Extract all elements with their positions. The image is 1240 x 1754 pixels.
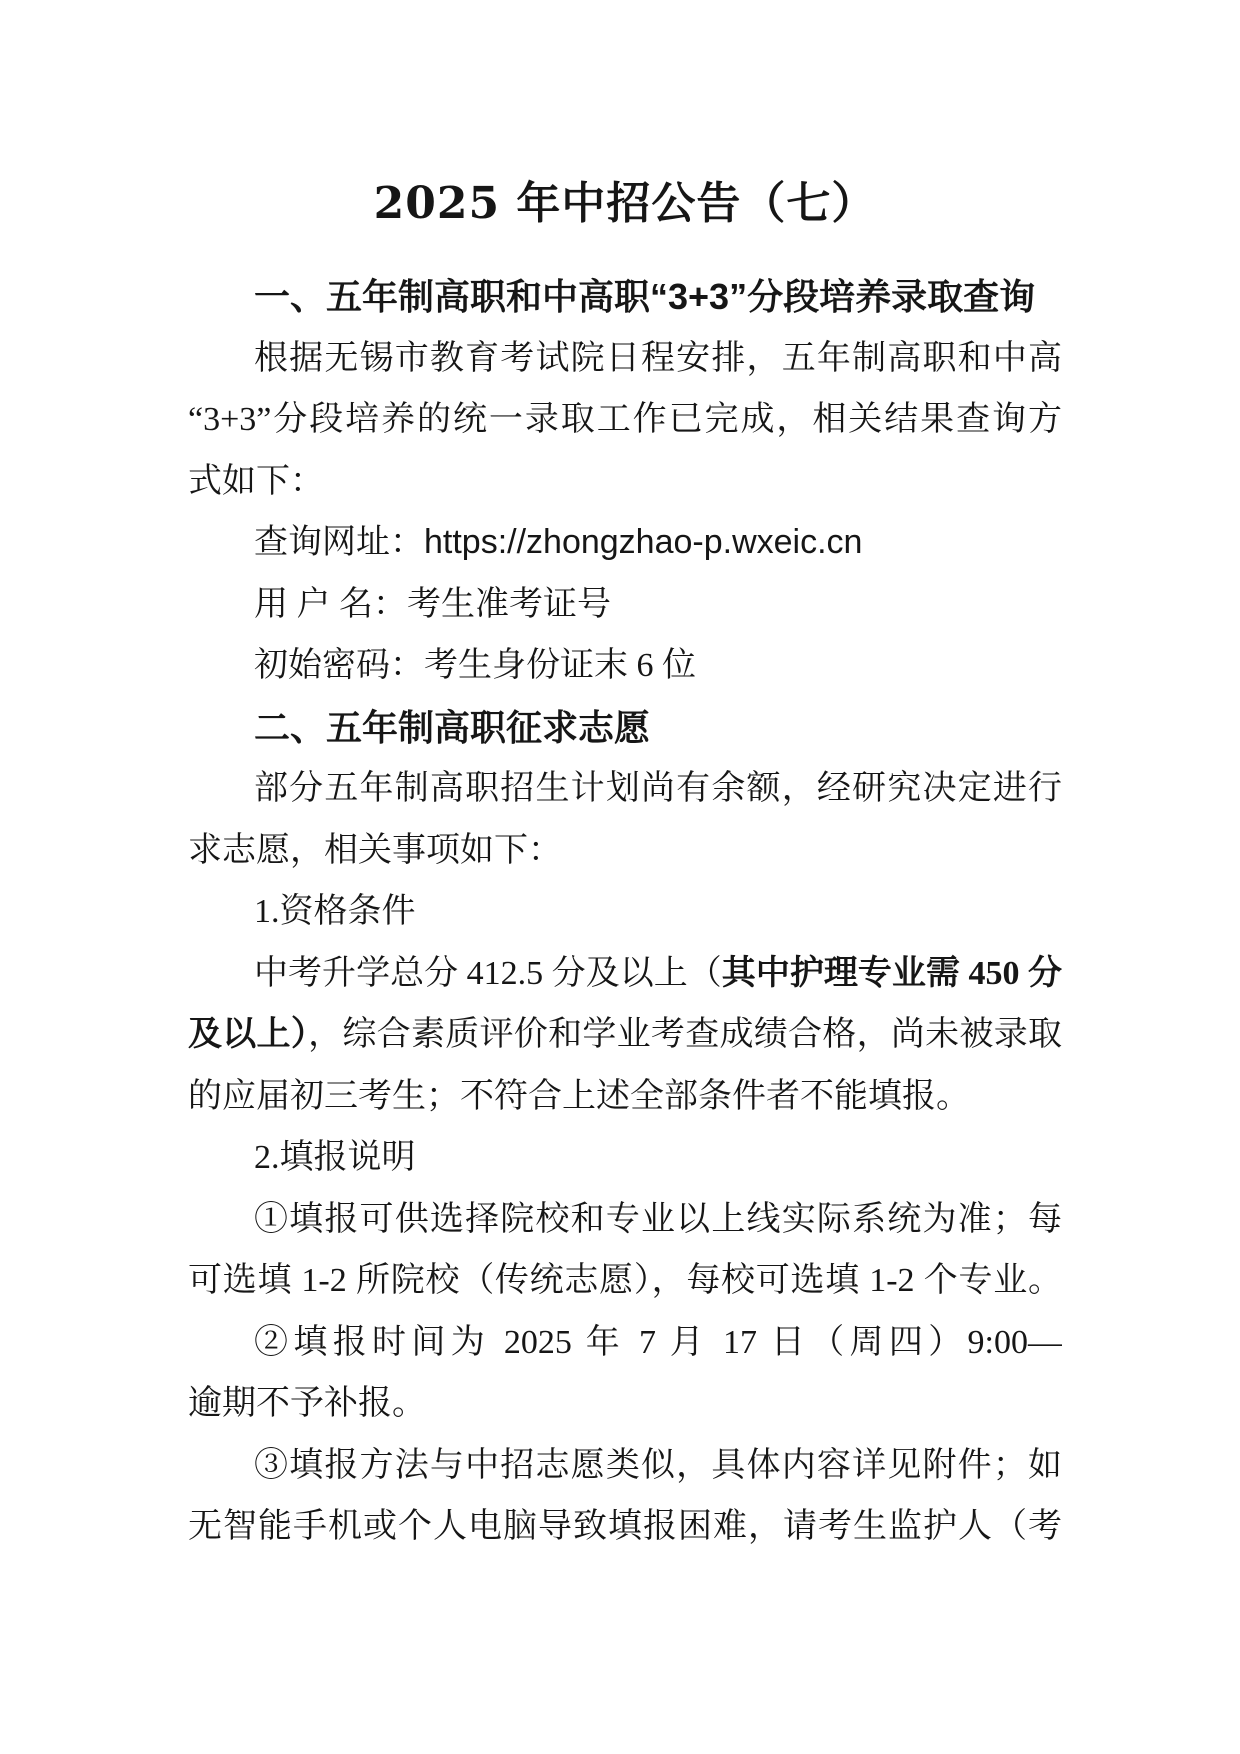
text-line: 根据无锡市教育考试院日程安排，五年制高职和中高职 bbox=[188, 328, 1062, 390]
text-line: 可选填 1-2 所院校（传统志愿），每校可选填 1-2 个专业。 bbox=[188, 1250, 1062, 1312]
text-line: 1.资格条件 bbox=[188, 881, 1062, 943]
text-segment: 部分五年制高职招生计划尚有余额，经研究决定进行征 bbox=[254, 770, 1062, 820]
text-line: 查询网址：https://zhongzhao-p.wxeic.cn bbox=[188, 512, 1062, 574]
text-line: 无智能手机或个人电脑导致填报困难，请考生监护人（考生 bbox=[188, 1496, 1062, 1558]
text-line: 逾期不予补报。 bbox=[188, 1373, 1062, 1435]
text-line: 的应届初三考生；不符合上述全部条件者不能填报。 bbox=[188, 1066, 1062, 1128]
text-line: ①填报可供选择院校和专业以上线实际系统为准；每生 bbox=[188, 1189, 1062, 1251]
text-segment: ，综合素质评价和学业考查成绩合格，尚未被录取 bbox=[308, 1016, 1062, 1053]
text-line: 及以上），综合素质评价和学业考查成绩合格，尚未被录取 bbox=[188, 1004, 1062, 1066]
text-line: 初始密码：考生身份证末 6 位 bbox=[188, 635, 1062, 697]
bold-text-segment: 及以上） bbox=[188, 1016, 308, 1053]
text-segment: 式如下： bbox=[188, 463, 324, 500]
text-segment: 二、五年制高职征求志愿 bbox=[254, 707, 650, 748]
document-body: 一、五年制高职和中高职“3+3”分段培养录取查询根据无锡市教育考试院日程安排，五… bbox=[188, 266, 1062, 1558]
text-line: ③填报方法与中招志愿类似，具体内容详见附件；如因 bbox=[188, 1435, 1062, 1497]
section-heading-line: 一、五年制高职和中高职“3+3”分段培养录取查询 bbox=[188, 266, 1062, 328]
text-line: 部分五年制高职招生计划尚有余额，经研究决定进行征 bbox=[188, 758, 1062, 820]
text-segment: 用 户 名：考生准考证号 bbox=[254, 586, 611, 623]
text-segment: 查询网址： bbox=[254, 524, 424, 561]
section-heading-line: 二、五年制高职征求志愿 bbox=[188, 697, 1062, 759]
text-segment: 一、五年制高职和中高职“3+3”分段培养录取查询 bbox=[254, 276, 1035, 317]
text-segment: ①填报可供选择院校和专业以上线实际系统为准；每生 bbox=[254, 1201, 1062, 1251]
text-segment: ②填报时间为 2025 年 7 月 17 日（周四）9:00—16:00， bbox=[254, 1324, 1062, 1374]
query-url-text: https://zhongzhao-p.wxeic.cn bbox=[424, 523, 862, 561]
text-line: 中考升学总分 412.5 分及以上（其中护理专业需 450 分 bbox=[188, 943, 1062, 1005]
text-segment: 无智能手机或个人电脑导致填报困难，请考生监护人（考生 bbox=[188, 1508, 1062, 1558]
text-line: 用 户 名：考生准考证号 bbox=[188, 574, 1062, 636]
text-line: 2.填报说明 bbox=[188, 1127, 1062, 1189]
document-page: 2025 年中招公告（七） 一、五年制高职和中高职“3+3”分段培养录取查询根据… bbox=[0, 0, 1240, 1754]
text-segment: 求志愿，相关事项如下： bbox=[188, 832, 562, 869]
bold-text-segment: 其中护理专业需 450 分 bbox=[722, 955, 1062, 992]
text-line: 求志愿，相关事项如下： bbox=[188, 820, 1062, 882]
document-title: 2025 年中招公告（七） bbox=[188, 175, 1062, 232]
text-segment: 逾期不予补报。 bbox=[188, 1385, 426, 1422]
text-segment: 可选填 1-2 所院校（传统志愿），每校可选填 1-2 个专业。 bbox=[188, 1262, 1062, 1299]
text-segment: 初始密码：考生身份证末 6 位 bbox=[254, 647, 696, 684]
text-line: 式如下： bbox=[188, 451, 1062, 513]
text-segment: 的应届初三考生；不符合上述全部条件者不能填报。 bbox=[188, 1078, 970, 1115]
text-segment: ③填报方法与中招志愿类似，具体内容详见附件；如因 bbox=[254, 1447, 1062, 1497]
text-segment: 根据无锡市教育考试院日程安排，五年制高职和中高职 bbox=[254, 340, 1062, 390]
text-line: ②填报时间为 2025 年 7 月 17 日（周四）9:00—16:00， bbox=[188, 1312, 1062, 1374]
text-segment: 中考升学总分 412.5 分及以上（ bbox=[254, 955, 722, 992]
text-segment: 1.资格条件 bbox=[254, 893, 416, 930]
text-line: “3+3”分段培养的统一录取工作已完成，相关结果查询方 bbox=[188, 389, 1062, 451]
text-segment: 2.填报说明 bbox=[254, 1139, 416, 1176]
text-segment: “3+3”分段培养的统一录取工作已完成，相关结果查询方 bbox=[188, 401, 1062, 438]
